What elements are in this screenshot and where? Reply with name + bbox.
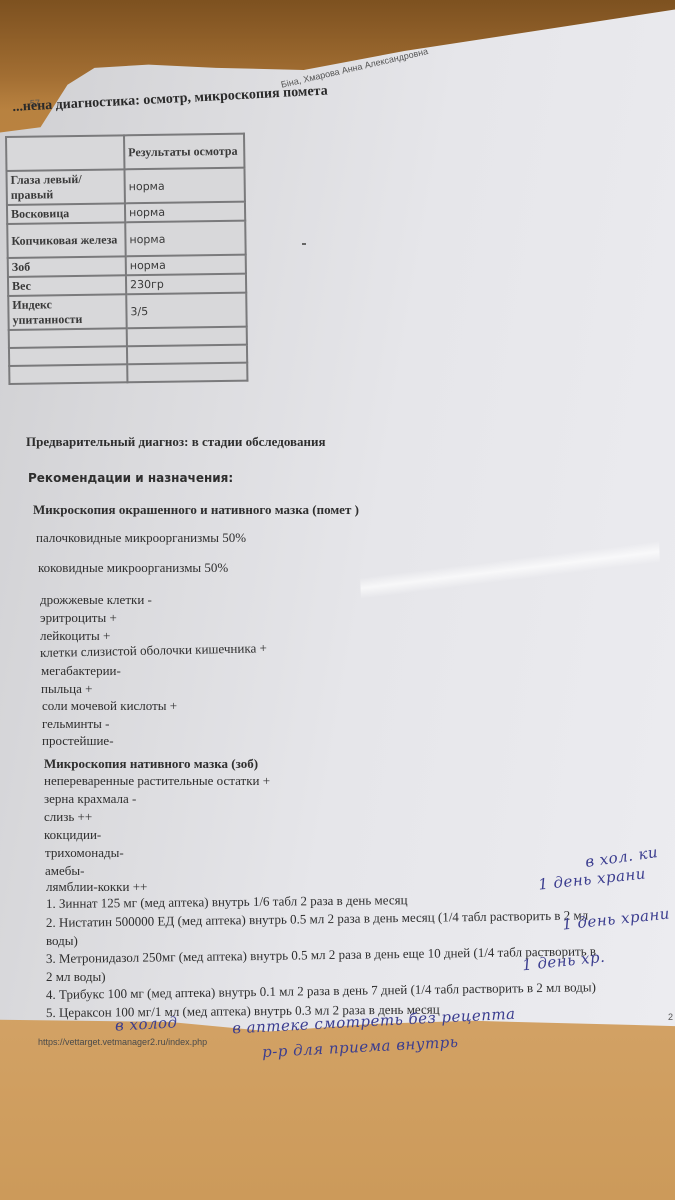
row-label: Индекс упитанности <box>8 294 126 330</box>
row-value <box>127 327 247 347</box>
finding-item: амебы- <box>45 863 84 879</box>
table-row: Копчиковая железа норма <box>7 221 245 258</box>
row-value: норма <box>124 168 244 204</box>
finding-item: слизь ++ <box>44 809 92 825</box>
row-label: Восковица <box>7 203 125 224</box>
row-value: норма <box>126 255 246 276</box>
table-header-row: Результаты осмотра <box>6 134 244 171</box>
finding-item: палочковидные микроорганизмы 50% <box>36 530 246 546</box>
row-label: Копчиковая железа <box>7 222 125 258</box>
finding-item: пыльца + <box>41 681 92 697</box>
row-label: Зоб <box>8 256 126 277</box>
stray-mark <box>302 243 306 245</box>
recommendations-heading: Рекомендации и назначения: <box>28 471 233 485</box>
row-label: Вес <box>8 275 126 296</box>
finding-item: лейкоциты + <box>40 628 110 644</box>
crop-smear-heading: Микроскопия нативного мазка (зоб) <box>44 756 258 772</box>
finding-item: соли мочевой кислоты + <box>42 698 177 714</box>
row-label: Глаза левый/ правый <box>6 169 124 205</box>
row-value: 3/5 <box>126 293 246 329</box>
table-row: Глаза левый/ правый норма <box>6 168 244 205</box>
preliminary-diagnosis: Предварительный диагноз: в стадии обслед… <box>26 434 326 450</box>
footer-url: https://vettarget.vetmanager2.ru/index.p… <box>38 1037 207 1047</box>
handwritten-note: в холод <box>115 1013 178 1034</box>
row-label <box>9 328 127 348</box>
finding-item: коковидные микроорганизмы 50% <box>38 560 228 576</box>
prescription-item: воды) <box>46 933 78 949</box>
finding-item: эритроциты + <box>40 610 117 626</box>
finding-item: мегабактерии- <box>41 663 121 679</box>
finding-item: лямблии-кокки ++ <box>46 879 147 895</box>
finding-item: дрожжевые клетки - <box>40 592 152 608</box>
table-row-empty <box>9 363 247 384</box>
row-value: 230гр <box>126 274 246 295</box>
table-header-empty <box>6 135 124 171</box>
stained-smear-heading: Микроскопия окрашенного и нативного мазк… <box>33 502 359 518</box>
finding-item: зерна крахмала - <box>44 791 136 807</box>
table-row: Индекс упитанности 3/5 <box>8 293 246 330</box>
handwritten-note: р-р для приема внутрь <box>262 1033 459 1061</box>
row-value: норма <box>125 202 245 223</box>
exam-results-table: Результаты осмотра Глаза левый/ правый н… <box>5 133 248 385</box>
footer-page-number: 2 <box>668 1012 673 1022</box>
paper-crease <box>359 525 662 615</box>
finding-item: непереваренные растительные остатки + <box>44 773 270 789</box>
row-value: норма <box>125 221 245 257</box>
finding-item: гельминты - <box>42 716 109 732</box>
table-column-header: Результаты осмотра <box>124 134 244 170</box>
row-label <box>9 346 127 366</box>
finding-item: простейшие- <box>42 733 114 749</box>
finding-item: кокцидии- <box>44 827 101 843</box>
row-value <box>127 345 247 365</box>
prescription-item: 2 мл воды) <box>46 969 106 985</box>
row-value <box>127 363 247 383</box>
finding-item: трихомонады- <box>45 845 124 861</box>
row-label <box>9 364 127 384</box>
